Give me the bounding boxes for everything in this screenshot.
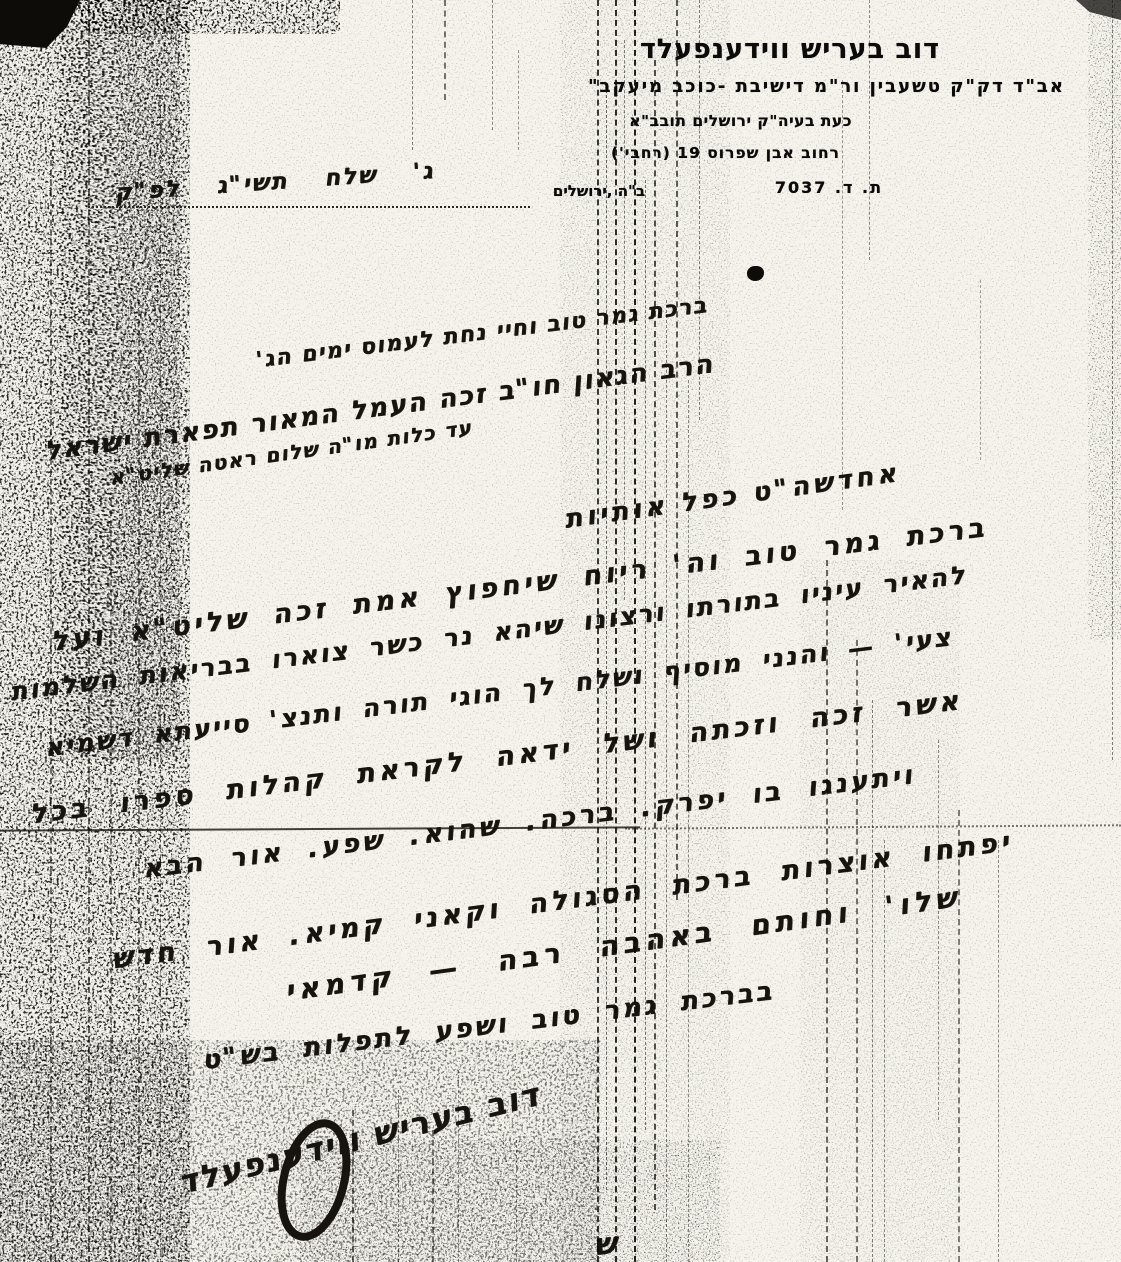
scan-streak — [872, 700, 873, 1262]
scan-streak — [842, 80, 843, 510]
scan-streak — [432, 1130, 434, 1262]
scan-streak — [597, 0, 599, 1262]
letterhead-title: אב"ד דק"ק טשעבין ור"מ דישיבת -כוכב מיעקב… — [588, 76, 1065, 97]
scan-streak — [458, 1070, 459, 1262]
scan-streak — [980, 280, 981, 460]
scan-streak — [676, 0, 678, 900]
ink-blot — [747, 266, 764, 281]
scan-streak — [998, 840, 999, 1262]
scan-streak — [666, 300, 667, 1262]
scan-streak — [688, 380, 689, 1262]
scan-streak — [412, 0, 413, 150]
scan-blob-top-left — [0, 0, 80, 48]
scan-streak — [624, 40, 625, 600]
scan-streak — [492, 0, 493, 130]
scan-streak — [634, 0, 636, 1262]
scan-streak — [938, 740, 939, 1120]
scan-streak — [645, 180, 646, 1130]
scan-streak — [88, 0, 90, 1262]
scan-streak — [615, 0, 617, 1262]
scan-streak — [138, 300, 140, 1262]
scan-streak — [826, 560, 828, 1262]
letterhead-location: כעת בעיה"ק ירושלים תובב"א — [629, 112, 852, 130]
letterhead-name: דוב בעריש ווידענפעלד — [640, 34, 940, 65]
letterhead-address: רחוב אבן שפרוס 19 (רחבי') — [611, 144, 840, 162]
scan-streak — [884, 840, 885, 1262]
scan-streak — [398, 1090, 399, 1262]
scan-streak — [352, 1110, 354, 1262]
scan-streak — [518, 50, 519, 150]
scan-streak — [856, 640, 858, 1262]
scanned-letter-page: דוב בעריש ווידענפעלד אב"ד דק"ק טשעבין ור… — [0, 0, 1121, 1262]
letterhead-po-box: ת. ד. 7037 — [775, 178, 883, 197]
scan-blob-top-right — [1076, 0, 1121, 20]
scan-streak — [1112, 0, 1113, 760]
signature-flourish-icon — [262, 1112, 372, 1247]
scan-streak — [654, 60, 656, 1210]
scan-streak — [516, 1140, 517, 1262]
scan-streak — [444, 0, 446, 100]
scan-streak — [699, 0, 700, 420]
scan-streak — [50, 150, 52, 1262]
scan-streak — [606, 90, 607, 1190]
handwritten-mark: ש — [592, 1226, 617, 1262]
scan-streak — [958, 810, 960, 1262]
scan-streak — [869, 0, 870, 260]
scan-streak — [160, 80, 161, 1262]
handwritten-line: אחדשה"ט כפל אותיות — [562, 458, 901, 535]
scan-streak — [110, 500, 112, 1262]
